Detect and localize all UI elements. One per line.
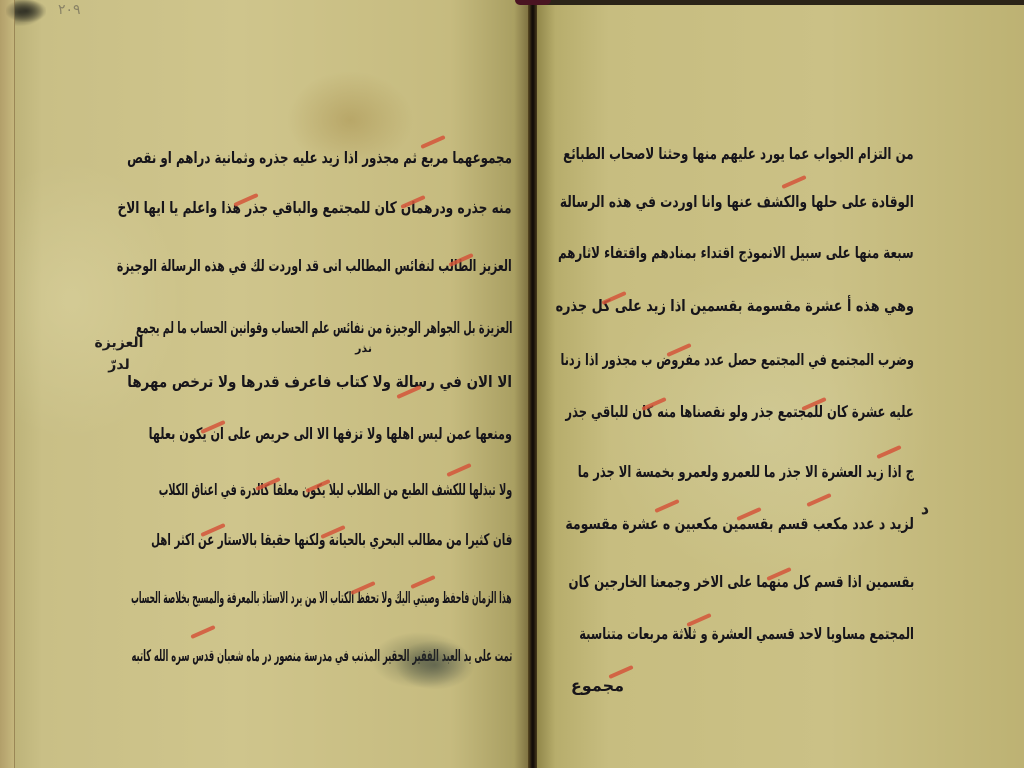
spine-headband [515, 0, 551, 5]
margin-note-left: العزيزة لدرّ [84, 332, 154, 376]
text-line: مجموعهما مربع ثم مجذور اذا زيد عليه جذره… [127, 148, 512, 167]
text-line: بقسمين اذا قسم كل منهما على الاخر وجمعنا… [568, 572, 914, 591]
text-line: المجتمع مساويا لاحد قسمي العشرة و ثلاثة … [579, 624, 914, 643]
left-page: ٢٠٩ العزيزة لدرّ مجموعهما مربع ثم مجذور … [0, 0, 530, 768]
text-line: منه جذره ودرهمان كان للمجتمع والباقي جذر… [118, 198, 512, 217]
book-gutter [528, 0, 537, 768]
text-line: وضرب المجتمع في المجتمع حصل عدد مفروض ب … [560, 350, 914, 369]
text-line: العزيزة بل الجواهر الوجيزة من نفائس علم … [136, 318, 512, 337]
book-top-edge [536, 0, 1024, 5]
text-line: ولا تبذلها للكشف الطبع من الطلاب ليلا يك… [158, 480, 512, 499]
text-line: هذا الزمان فاحفظ وصيتي اليك ولا تحفظ الك… [132, 588, 512, 607]
text-line: الا الان في رسالة ولا كتاب فاعرف قدرها و… [127, 372, 512, 391]
right-page-text: من التزام الجواب عما يورد عليهم منها وحث… [556, 4, 914, 768]
folio-number: ٢٠٩ [58, 2, 81, 18]
corner-stain [6, 0, 46, 22]
right-page: د من التزام الجواب عما يورد عليهم منها و… [536, 4, 1024, 768]
manuscript-spread: ٢٠٩ العزيزة لدرّ مجموعهما مربع ثم مجذور … [0, 0, 1024, 768]
text-line: ج اذا زيد العشرة الا جذر ما للعمرو ولعمر… [578, 462, 914, 481]
interlinear-note: نذر [355, 342, 372, 355]
margin-note-right: د [910, 498, 940, 520]
text-line: من التزام الجواب عما يورد عليهم منها وحث… [564, 144, 914, 163]
text-line: الوقادة على حلها والكشف عنها وانا اوردت … [560, 192, 914, 211]
text-line: عليه عشرة كان للمجتمع جذر ولو نقصناها من… [566, 402, 914, 421]
text-line: سبعة منها على سبيل الانموذج اقتداء بمناد… [558, 243, 914, 262]
ink-smudge [395, 640, 475, 690]
text-line-catchword: مجموع [571, 676, 624, 695]
